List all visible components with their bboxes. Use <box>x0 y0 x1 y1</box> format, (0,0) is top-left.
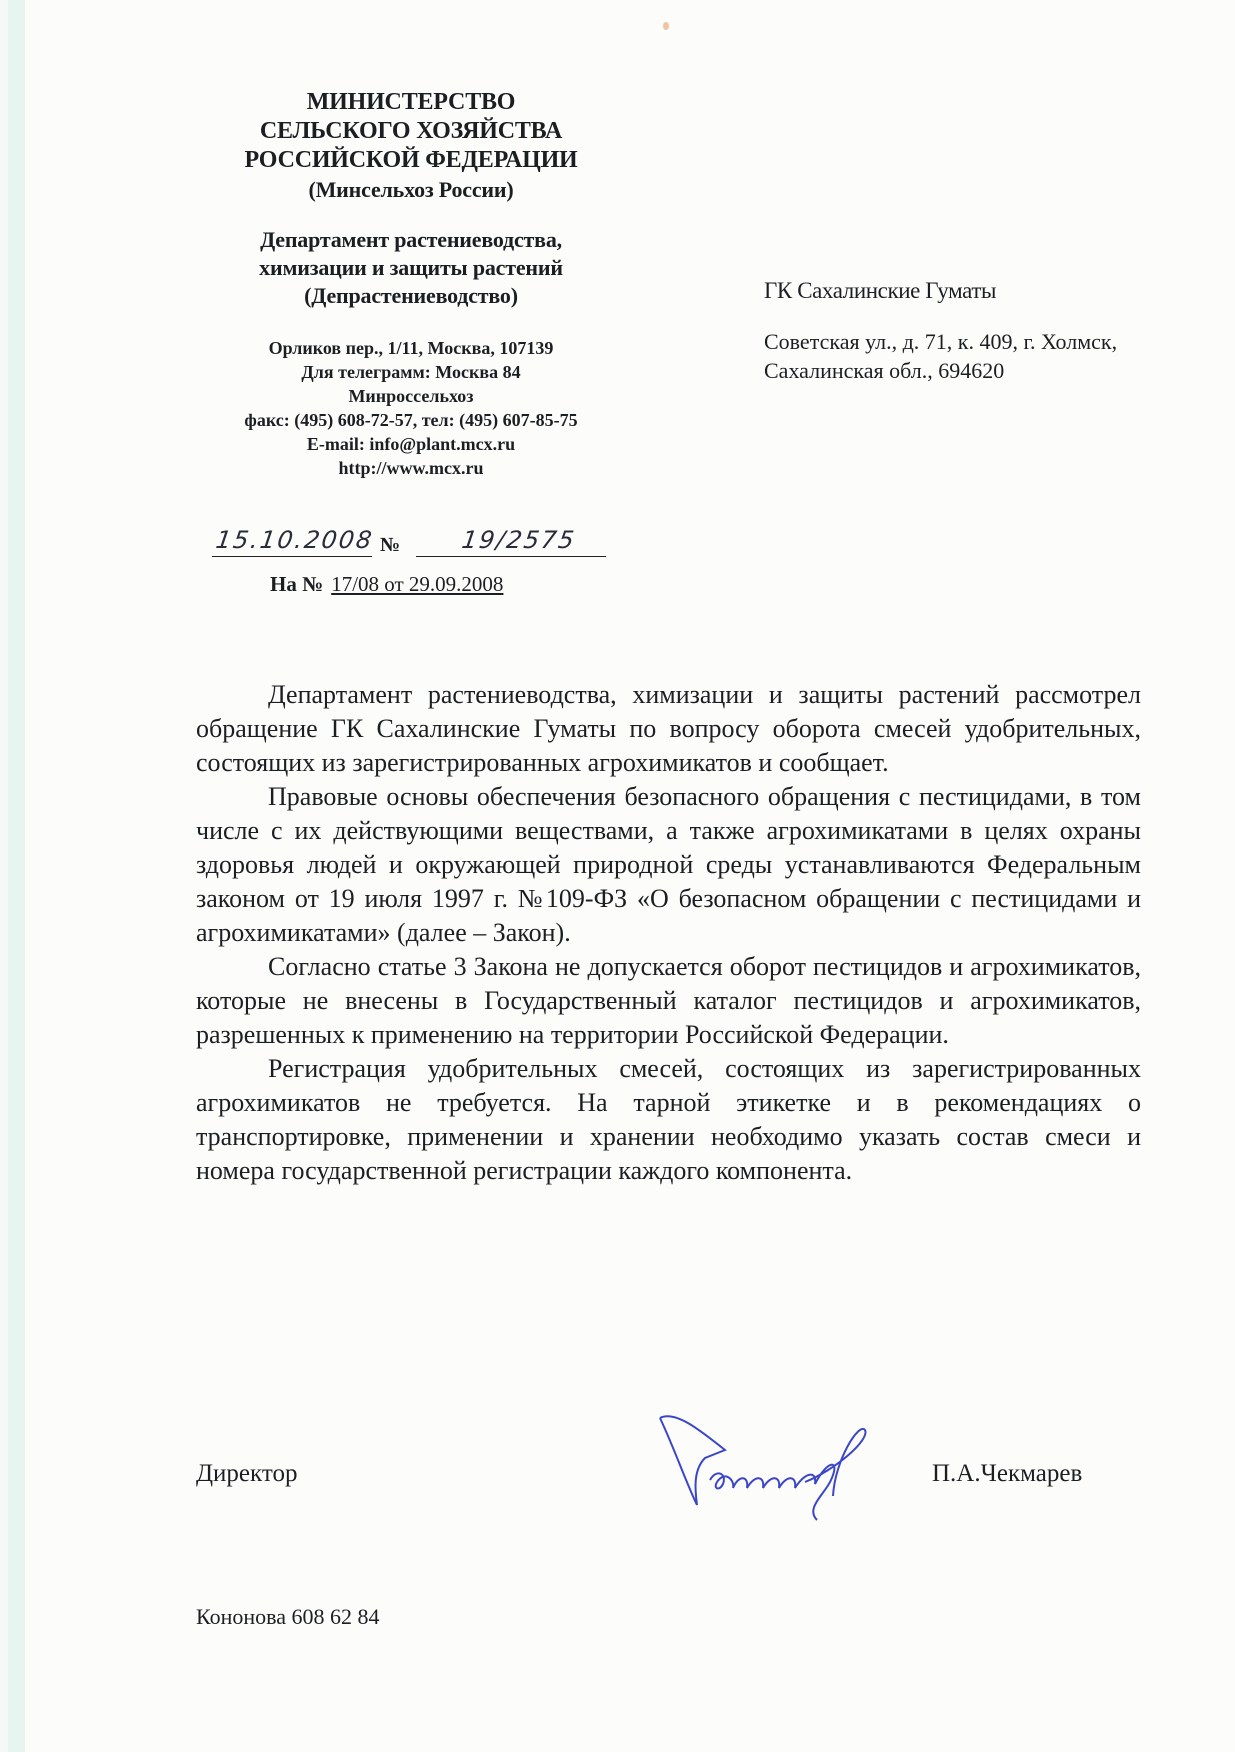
contact-email: E-mail: info@plant.mcx.ru <box>205 432 617 456</box>
letter-body: Департамент растениеводства, химизации и… <box>196 678 1141 1188</box>
contacts-block: Орликов пер., 1/11, Москва, 107139 Для т… <box>205 336 617 480</box>
number-underline <box>416 556 606 557</box>
scan-edge-strip <box>8 0 25 1752</box>
department-line-2: химизации и защиты растений <box>205 254 617 282</box>
contact-website: http://www.mcx.ru <box>205 456 617 480</box>
scan-edge-shadow <box>0 0 8 1752</box>
contact-telegram: Для телеграмм: Москва 84 <box>205 360 617 384</box>
body-paragraph-4: Регистрация удобрительных смесей, состоя… <box>196 1052 1141 1188</box>
recipient-block: ГК Сахалинские Гуматы Советская ул., д. … <box>764 276 1184 385</box>
registration-line: 15.10.2008 № 19/2575 <box>212 526 612 560</box>
signatory-title: Директор <box>196 1460 297 1488</box>
reference-value: 17/08 от 29.09.2008 <box>331 572 503 596</box>
ministry-line-3: РОССИЙСКОЙ ФЕДЕРАЦИИ <box>205 146 617 175</box>
recipient-organization: ГК Сахалинские Гуматы <box>764 276 1184 305</box>
date-underline <box>212 556 372 557</box>
number-sign: № <box>380 534 400 557</box>
body-paragraph-3: Согласно статье 3 Закона не допускается … <box>196 950 1141 1052</box>
body-paragraph-2: Правовые основы обеспечения безопасного … <box>196 780 1141 950</box>
contact-address: Орликов пер., 1/11, Москва, 107139 <box>205 336 617 360</box>
ministry-line-1: МИНИСТЕРСТВО <box>205 88 617 117</box>
ministry-short-name: (Минсельхоз России) <box>205 175 617 204</box>
reference-line: На №17/08 от 29.09.2008 <box>270 572 503 597</box>
executor-contact: Кононова 608 62 84 <box>196 1604 380 1630</box>
recipient-address-line-1: Советская ул., д. 71, к. 409, г. Холмск, <box>764 327 1184 356</box>
department-line-3: (Депрастениеводство) <box>205 282 617 310</box>
ministry-line-2: СЕЛЬСКОГО ХОЗЯЙСТВА <box>205 117 617 146</box>
scan-speck <box>663 22 669 30</box>
department-block: Департамент растениеводства, химизации и… <box>205 226 617 310</box>
contact-telegram-name: Минроссельхоз <box>205 384 617 408</box>
contact-phone-fax: факс: (495) 608-72-57, тел: (495) 607-85… <box>205 408 617 432</box>
signatory-name: П.А.Чекмарев <box>932 1460 1082 1488</box>
handwritten-signature <box>655 1410 925 1530</box>
handwritten-date: 15.10.2008 <box>214 526 375 554</box>
recipient-address: Советская ул., д. 71, к. 409, г. Холмск,… <box>764 327 1184 385</box>
body-paragraph-1: Департамент растениеводства, химизации и… <box>196 678 1141 780</box>
department-line-1: Департамент растениеводства, <box>205 226 617 254</box>
recipient-address-line-2: Сахалинская обл., 694620 <box>764 356 1184 385</box>
reference-label: На № <box>270 572 323 596</box>
letterhead: МИНИСТЕРСТВО СЕЛЬСКОГО ХОЗЯЙСТВА РОССИЙС… <box>205 88 617 480</box>
handwritten-number: 19/2575 <box>460 526 578 554</box>
